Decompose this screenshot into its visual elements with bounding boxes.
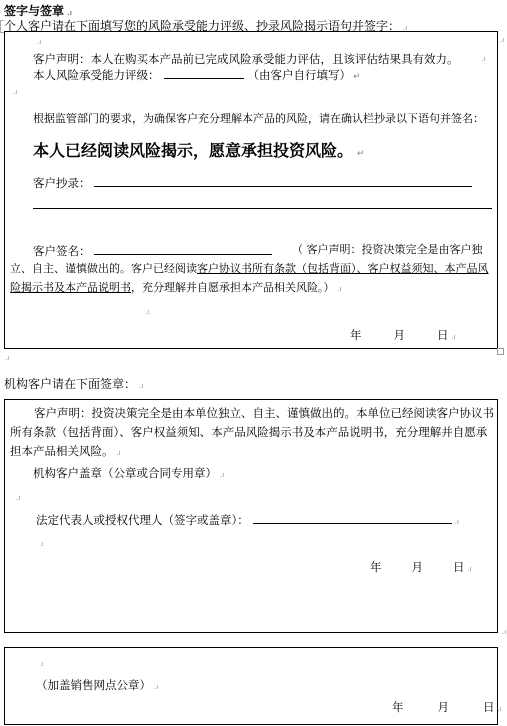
institutional-date: 年月日.ı (370, 559, 472, 575)
customer-statement: （ 客户声明：投资决策完全是由客户独立、自主、谨慎做出的。客户已经阅读客户协议书… (10, 240, 494, 299)
risk-statement-text: 本人已经阅读风险揭示，愿意承担投资风险。 (33, 141, 353, 160)
paragraph-mark: .ı (39, 540, 43, 548)
institution-seal-label: 机构客户盖章（公章或合同专用章） (33, 466, 217, 480)
representative-label: 法定代表人或授权代理人（签字或盖章）： (36, 513, 249, 527)
date-month: 月 (412, 560, 424, 574)
representative-field[interactable] (253, 513, 452, 524)
paragraph-mark: .ı (145, 308, 149, 316)
paragraph-mark: .ı (468, 565, 472, 573)
date-day: 日 (437, 328, 449, 342)
paragraph-mark: .ı (67, 9, 72, 17)
representative-row: 法定代表人或授权代理人（签字或盖章）：.ı (36, 512, 459, 528)
personal-declaration: 客户声明：本人在购买本产品前已完成风险承受能力评估，且该评估结果具有效力。 (33, 51, 459, 67)
paragraph-mark: .ı (39, 660, 43, 668)
risk-rating-label: 本人风险承受能力评级： (33, 68, 160, 82)
paragraph-mark: .ı (502, 628, 506, 636)
date-year: 年 (370, 560, 382, 574)
paragraph-mark: .ı (117, 449, 121, 457)
paragraph-mark: .ı (13, 88, 17, 96)
return-mark: ↵ (357, 149, 365, 159)
paragraph-mark: .ı (455, 518, 459, 526)
institutional-intro: 机构客户请在下面签章：.ı (4, 375, 143, 392)
paragraph-mark: .ı (154, 683, 158, 691)
institutional-declaration: 客户声明：投资决策完全是由本单位独立、自主、谨慎做出的。本单位已经阅读客户协议书… (10, 404, 494, 463)
risk-rating-note: （由客户自行填写） (248, 68, 352, 82)
heading-text: 签字与签章 (4, 4, 64, 18)
table-resize-handle[interactable] (497, 348, 504, 355)
paragraph-mark: .ı (37, 38, 41, 46)
paragraph-mark: .ı (500, 36, 504, 44)
risk-rating-field[interactable] (164, 68, 244, 79)
date-month: 月 (438, 700, 450, 714)
date-year: 年 (392, 700, 404, 714)
customer-statement-part-2: ，充分理解并自愿承担本产品相关风险。） (131, 281, 335, 294)
institutional-declaration-text: 客户声明：投资决策完全是由本单位独立、自主、谨慎做出的。本单位已经阅读客户协议书… (10, 406, 494, 458)
copy-label: 客户抄录： (33, 176, 91, 190)
paragraph-mark: .ı (220, 471, 224, 479)
paragraph-mark: .ı (16, 494, 20, 502)
date-day: 日 (453, 560, 465, 574)
date-month: 月 (394, 328, 406, 342)
risk-statement: 本人已经阅读风险揭示，愿意承担投资风险。↵ (33, 138, 365, 161)
paragraph-mark: .ı (452, 333, 456, 341)
institution-seal-row: 机构客户盖章（公章或合同专用章）.ı (33, 465, 224, 481)
paragraph-mark: .ı (498, 705, 502, 713)
date-day: 日 (483, 700, 495, 714)
copy-field-line-1[interactable] (94, 176, 472, 187)
regulation-note-text: 根据监管部门的要求，为确保客户充分理解本产品的风险，请在确认栏抄录以下语句并签名… (33, 112, 484, 125)
personal-declaration-text: 客户声明：本人在购买本产品前已完成风险承受能力评估，且该评估结果具有效力。 (33, 52, 459, 66)
risk-rating-row: 本人风险承受能力评级：（由客户自行填写）↵ (33, 67, 361, 83)
paragraph-mark: .ı (139, 382, 143, 390)
branch-date: 年月日.ı (392, 699, 502, 715)
paragraph-mark: .ı (338, 285, 342, 293)
paragraph-mark: .ı (5, 354, 9, 362)
regulation-note: 根据监管部门的要求，为确保客户充分理解本产品的风险，请在确认栏抄录以下语句并签名… (33, 110, 484, 126)
personal-date: 年月日.ı (350, 327, 456, 343)
copy-field-line-2[interactable] (33, 207, 492, 209)
date-year: 年 (350, 328, 362, 342)
return-mark: ↵ (353, 72, 361, 82)
paragraph-mark: .ı (481, 55, 485, 63)
branch-seal-row: （加盖销售网点公章）.ı (36, 677, 158, 693)
copy-row: 客户抄录： (33, 175, 472, 191)
institutional-intro-text: 机构客户请在下面签章： (4, 377, 136, 391)
branch-seal-label: （加盖销售网点公章） (36, 678, 151, 692)
